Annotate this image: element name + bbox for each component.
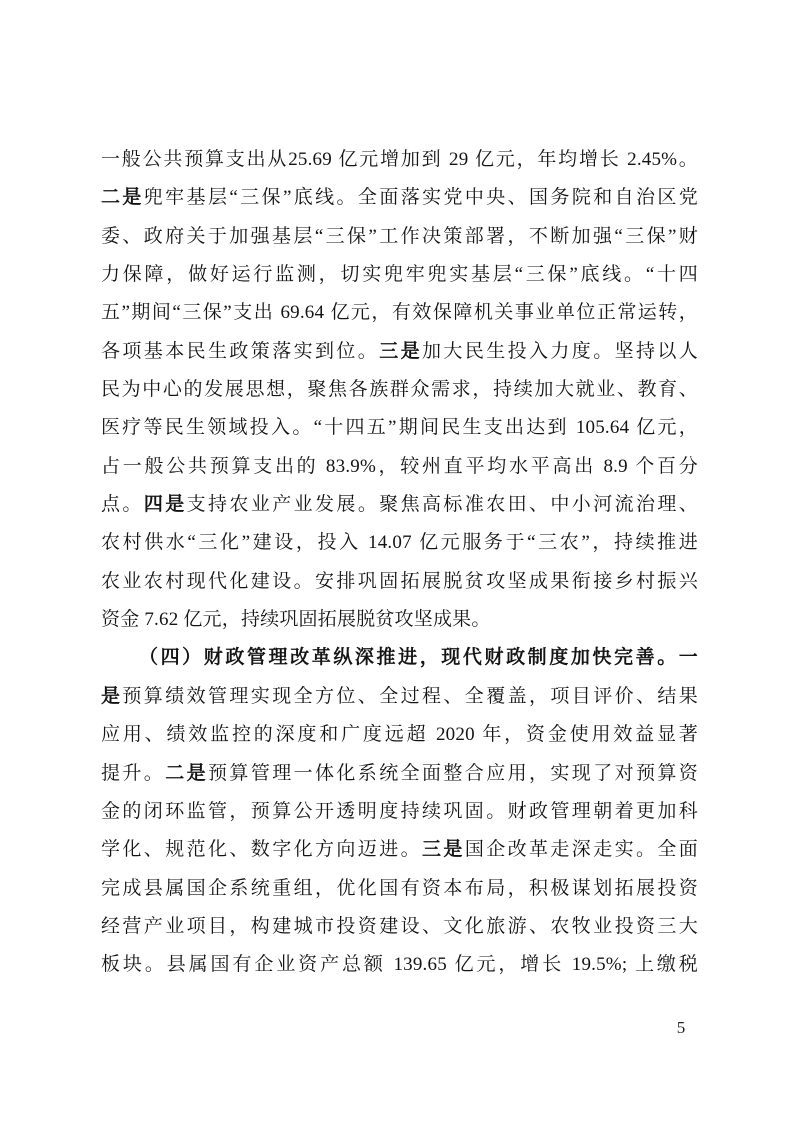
- text-run: 民为中心的发展思想，聚焦各族群众需求，持续加大就业、教育、: [101, 379, 698, 400]
- emphasis-text-run: 三是: [379, 341, 422, 362]
- emphasis-text-run: 二是: [165, 763, 208, 784]
- text-run: 一般公共预算支出从25.69 亿元增加到 29 亿元，年均增长 2.45%。: [101, 149, 698, 170]
- text-run: 应用、绩效监控的深度和广度远超 2020 年，资金使用效益显著: [101, 724, 698, 745]
- text-line: 五”期间“三保”支出 69.64 亿元，有效保障机关事业单位正常运转，: [101, 294, 698, 332]
- text-line: 二是兜牢基层“三保”底线。全面落实党中央、国务院和自治区党: [101, 179, 698, 217]
- text-line: 民为中心的发展思想，聚焦各族群众需求，持续加大就业、教育、: [101, 371, 698, 409]
- text-line: 占一般公共预算支出的 83.9%，较州直平均水平高出 8.9 个百分: [101, 448, 698, 486]
- text-run: 医疗等民生领域投入。“十四五”期间民生支出达到 105.64 亿元，: [101, 417, 698, 438]
- document-page: 一般公共预算支出从25.69 亿元增加到 29 亿元，年均增长 2.45%。二是…: [0, 0, 793, 1122]
- text-run: 金的闭环监管，预算公开透明度持续巩固。财政管理朝着更加科: [101, 801, 698, 822]
- text-run: 学化、规范化、数字化方向迈进。: [101, 839, 422, 860]
- text-line: 一般公共预算支出从25.69 亿元增加到 29 亿元，年均增长 2.45%。: [101, 141, 698, 179]
- text-run: 国企改革走深走实。全面: [465, 839, 698, 860]
- text-run: 资金 7.62 亿元，持续巩固拓展脱贫攻坚成果。: [101, 609, 491, 630]
- page-number: 5: [668, 1016, 694, 1040]
- text-line: 医疗等民生领域投入。“十四五”期间民生支出达到 105.64 亿元，: [101, 409, 698, 447]
- text-line: 提升。二是预算管理一体化系统全面整合应用，实现了对预算资: [101, 755, 698, 793]
- text-run: 农村供水“三化”建设，投入 14.07 亿元服务于“三农”，持续推进: [101, 532, 698, 553]
- text-run: 各项基本民生政策落实到位。: [101, 341, 379, 362]
- text-line: 农村供水“三化”建设，投入 14.07 亿元服务于“三农”，持续推进: [101, 524, 698, 562]
- text-line: 各项基本民生政策落实到位。三是加大民生投入力度。坚持以人: [101, 333, 698, 371]
- text-line: 学化、规范化、数字化方向迈进。三是国企改革走深走实。全面: [101, 831, 698, 869]
- text-run: 预算绩效管理实现全方位、全过程、全覆盖，项目评价、结果: [122, 686, 698, 707]
- text-line: 委、政府关于加强基层“三保”工作决策部署，不断加强“三保”财: [101, 218, 698, 256]
- text-line: （四）财政管理改革纵深推进，现代财政制度加快完善。一: [101, 639, 698, 677]
- text-line: 完成县属国企系统重组，优化国有资本布局，积极谋划拓展投资: [101, 870, 698, 908]
- text-run: 占一般公共预算支出的 83.9%，较州直平均水平高出 8.9 个百分: [101, 456, 698, 477]
- text-run: 兜牢基层“三保”底线。全面落实党中央、国务院和自治区党: [144, 187, 698, 208]
- text-line: 金的闭环监管，预算公开透明度持续巩固。财政管理朝着更加科: [101, 793, 698, 831]
- text-line: 点。四是支持农业产业发展。聚焦高标准农田、中小河流治理、: [101, 486, 698, 524]
- emphasis-text-run: （四）财政管理改革纵深推进，现代财政制度加快完善。一: [139, 647, 698, 668]
- text-line: 资金 7.62 亿元，持续巩固拓展脱贫攻坚成果。: [101, 601, 698, 639]
- text-line: 力保障，做好运行监测，切实兜牢兜实基层“三保”底线。“十四: [101, 256, 698, 294]
- emphasis-text-run: 四是: [144, 494, 187, 515]
- text-run: 完成县属国企系统重组，优化国有资本布局，积极谋划拓展投资: [101, 878, 698, 899]
- text-line: 是预算绩效管理实现全方位、全过程、全覆盖，项目评价、结果: [101, 678, 698, 716]
- text-run: 加大民生投入力度。坚持以人: [422, 341, 698, 362]
- text-run: 五”期间“三保”支出 69.64 亿元，有效保障机关事业单位正常运转，: [101, 302, 698, 323]
- text-run: 经营产业项目，构建城市投资建设、文化旅游、农牧业投资三大: [101, 916, 698, 937]
- emphasis-text-run: 三是: [422, 839, 465, 860]
- text-run: 支持农业产业发展。聚焦高标准农田、中小河流治理、: [187, 494, 698, 515]
- text-run: 力保障，做好运行监测，切实兜牢兜实基层“三保”底线。“十四: [101, 264, 698, 285]
- text-block: 一般公共预算支出从25.69 亿元增加到 29 亿元，年均增长 2.45%。二是…: [101, 141, 698, 985]
- text-line: 板块。县属国有企业资产总额 139.65 亿元，增长 19.5%; 上缴税: [101, 946, 698, 984]
- text-line: 农业农村现代化建设。安排巩固拓展脱贫攻坚成果衔接乡村振兴: [101, 563, 698, 601]
- emphasis-text-run: 二是: [101, 187, 144, 208]
- text-run: 预算管理一体化系统全面整合应用，实现了对预算资: [208, 763, 698, 784]
- text-run: 点。: [101, 494, 144, 515]
- text-run: 板块。县属国有企业资产总额 139.65 亿元，增长 19.5%; 上缴税: [101, 954, 698, 975]
- text-line: 应用、绩效监控的深度和广度远超 2020 年，资金使用效益显著: [101, 716, 698, 754]
- text-run: 提升。: [101, 763, 165, 784]
- text-run: 委、政府关于加强基层“三保”工作决策部署，不断加强“三保”财: [101, 226, 698, 247]
- text-line: 经营产业项目，构建城市投资建设、文化旅游、农牧业投资三大: [101, 908, 698, 946]
- emphasis-text-run: 是: [101, 686, 122, 707]
- text-run: 农业农村现代化建设。安排巩固拓展脱贫攻坚成果衔接乡村振兴: [101, 571, 698, 592]
